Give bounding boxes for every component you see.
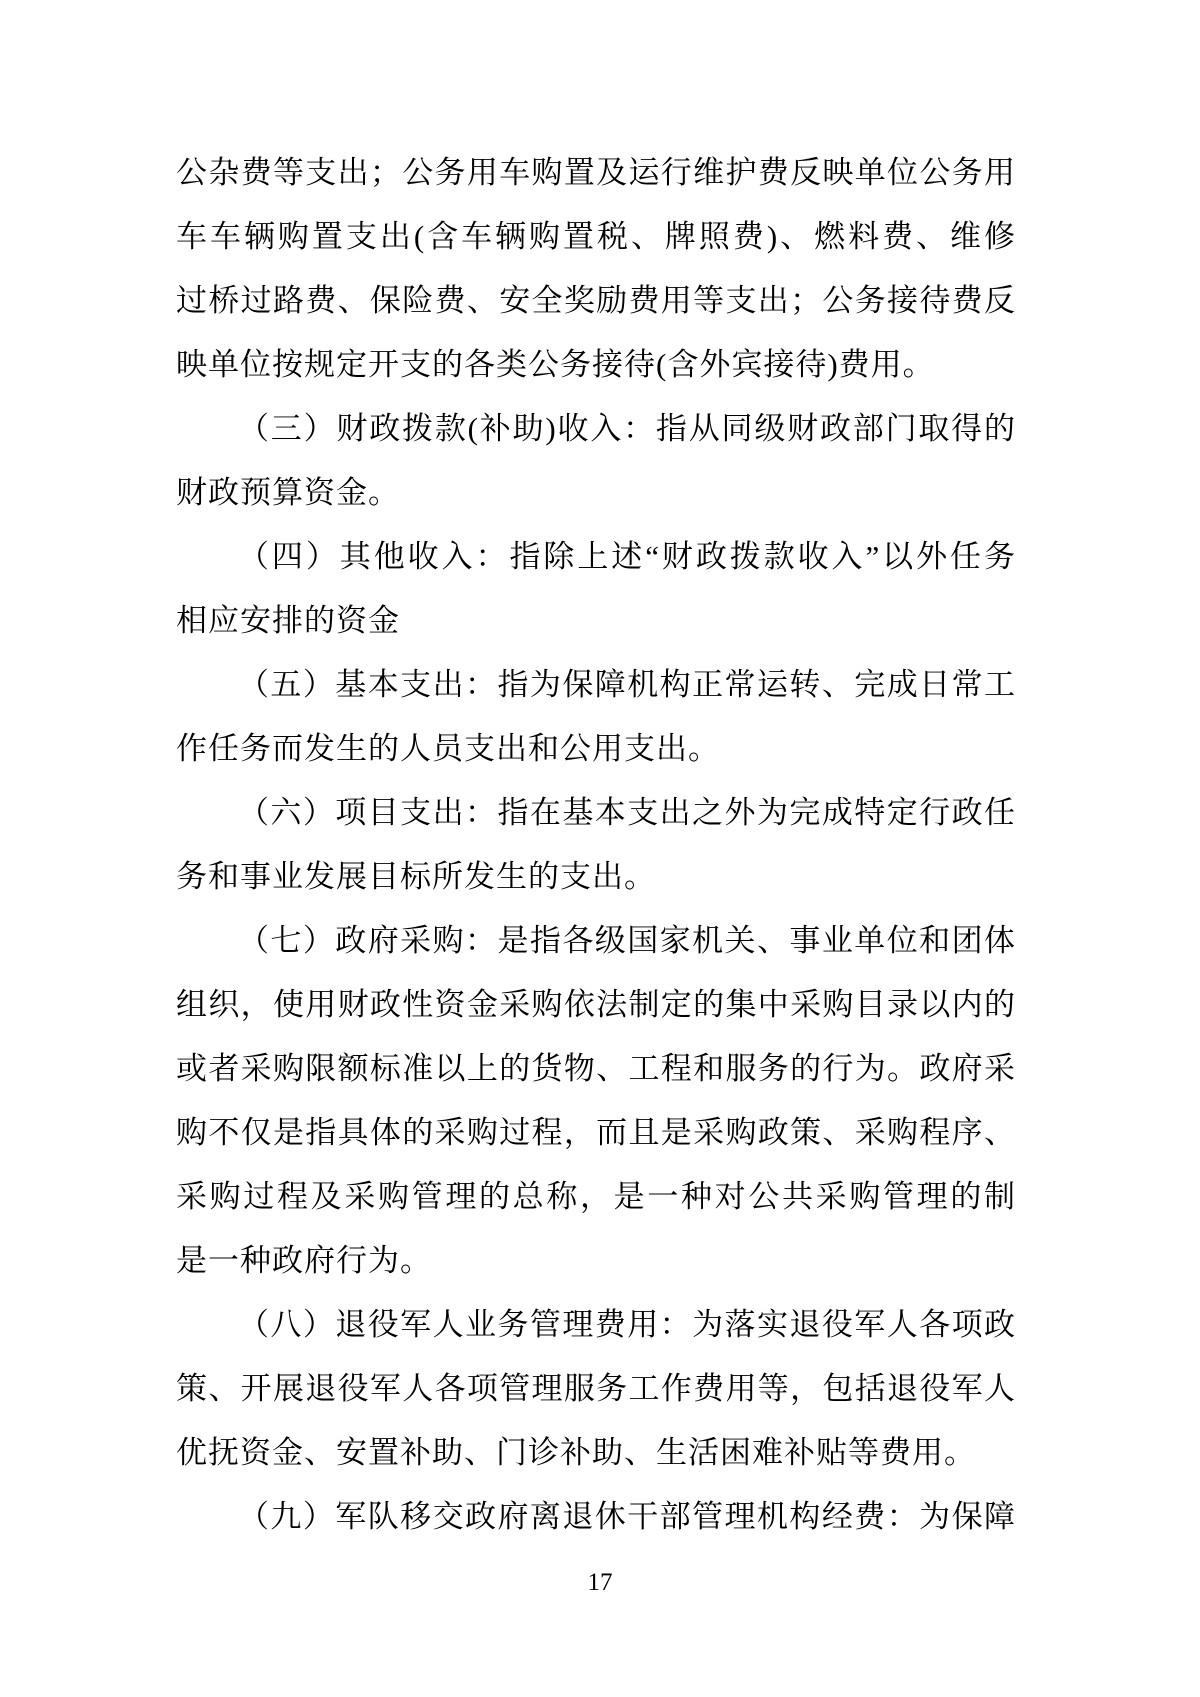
text-line: 策、开展退役军人各项管理服务工作费用等，包括退役军人 [176,1357,1016,1421]
text-line: 过桥过路费、保险费、安全奖励费用等支出；公务接待费反 [176,269,1016,333]
body-text-block: 公杂费等支出；公务用车购置及运行维护费反映单位公务用车车辆购置支出(含车辆购置税… [176,141,1016,1549]
text-line: 车车辆购置支出(含车辆购置税、牌照费)、燃料费、维修费、 [176,205,1016,269]
text-line: （四）其他收入：指除上述“财政拨款收入”以外任务 [176,525,1016,589]
text-line: （七）政府采购：是指各级国家机关、事业单位和团体 [176,909,1016,973]
page-number: 17 [0,1568,1200,1598]
text-line: 采购过程及采购管理的总称，是一种对公共采购管理的制度， [176,1165,1016,1229]
text-line: 财政预算资金。 [176,461,1016,525]
document-page: 公杂费等支出；公务用车购置及运行维护费反映单位公务用车车辆购置支出(含车辆购置税… [0,0,1200,1697]
text-line: 公杂费等支出；公务用车购置及运行维护费反映单位公务用 [176,141,1016,205]
text-line: 优抚资金、安置补助、门诊补助、生活困难补贴等费用。 [176,1421,1016,1485]
text-line: （三）财政拨款(补助)收入：指从同级财政部门取得的 [176,397,1016,461]
text-line: 组织，使用财政性资金采购依法制定的集中采购目录以内的 [176,973,1016,1037]
text-line: 是一种政府行为。 [176,1229,1016,1293]
text-line: （九）军队移交政府离退休干部管理机构经费：为保障 [176,1485,1016,1549]
text-line: （八）退役军人业务管理费用：为落实退役军人各项政 [176,1293,1016,1357]
text-line: 务和事业发展目标所发生的支出。 [176,845,1016,909]
text-line: 相应安排的资金 [176,589,1016,653]
text-line: 购不仅是指具体的采购过程，而且是采购政策、采购程序、 [176,1101,1016,1165]
text-line: 或者采购限额标准以上的货物、工程和服务的行为。政府采 [176,1037,1016,1101]
text-line: 映单位按规定开支的各类公务接待(含外宾接待)费用。 [176,333,1016,397]
text-line: （六）项目支出：指在基本支出之外为完成特定行政任 [176,781,1016,845]
text-line: 作任务而发生的人员支出和公用支出。 [176,717,1016,781]
text-line: （五）基本支出：指为保障机构正常运转、完成日常工 [176,653,1016,717]
